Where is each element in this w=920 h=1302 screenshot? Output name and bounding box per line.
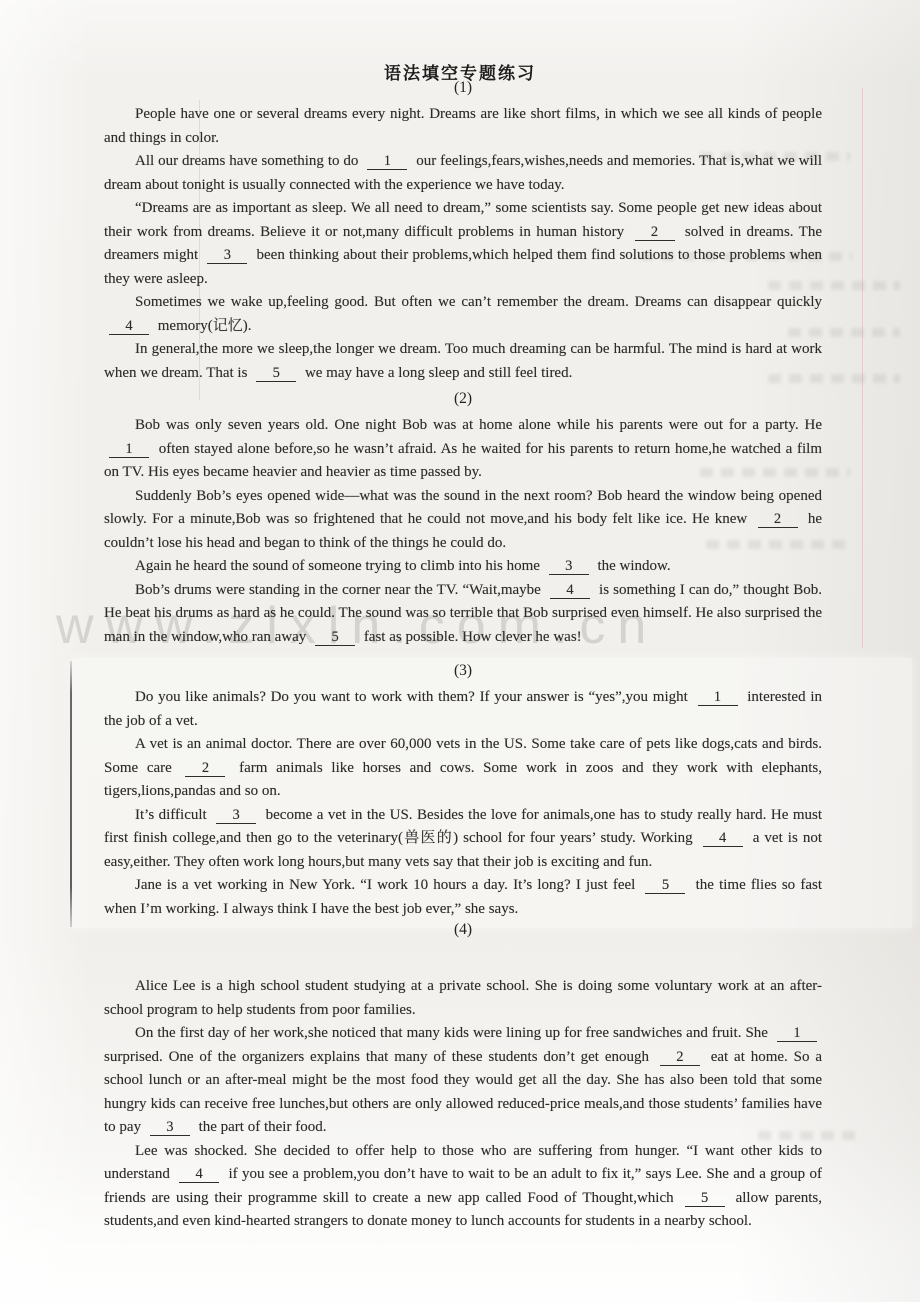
fill-blank: 2 (758, 511, 798, 528)
paragraph: In general,the more we sleep,the longer … (104, 338, 822, 385)
fill-blank: 2 (185, 760, 225, 777)
margin-line-right (862, 88, 863, 648)
fill-blank: 5 (645, 877, 685, 894)
worksheet-page: www.zlxln.com.cn 语法填空专题练习 (1) People hav… (0, 0, 920, 1302)
section-marker: (3) (104, 662, 822, 680)
fill-blank: 3 (150, 1119, 190, 1136)
section-marker: (2) (104, 390, 822, 408)
section-marker: (4) (104, 921, 822, 939)
paragraph: Do you like animals? Do you want to work… (104, 686, 822, 733)
fill-blank: 4 (703, 830, 743, 847)
exercise-section-2: (2) Bob was only seven years old. One ni… (104, 390, 822, 649)
fill-blank: 4 (179, 1166, 219, 1183)
exercise-section-1: (1) People have one or several dreams ev… (104, 79, 822, 385)
exercise-section-4: (4) Alice Lee is a high school student s… (104, 921, 822, 1234)
fill-blank: 5 (315, 629, 355, 646)
paragraph: On the first day of her work,she noticed… (104, 1022, 822, 1140)
paragraph: Bob’s drums were standing in the corner … (104, 579, 822, 650)
page-title: 语法填空专题练习 (0, 59, 920, 84)
fill-blank: 5 (685, 1190, 725, 1207)
paragraph: “Dreams are as important as sleep. We al… (104, 197, 822, 291)
fill-blank: 3 (549, 558, 589, 575)
fill-blank: 3 (207, 247, 247, 264)
paragraph: Bob was only seven years old. One night … (104, 414, 822, 485)
fill-blank: 4 (550, 582, 590, 599)
exercise-section-3: (3) Do you like animals? Do you want to … (104, 662, 822, 921)
fill-blank: 1 (698, 689, 738, 706)
fill-blank: 4 (109, 318, 149, 335)
paragraph: People have one or several dreams every … (104, 103, 822, 150)
fill-blank: 1 (109, 441, 149, 458)
fill-blank: 3 (216, 807, 256, 824)
paragraph: It’s difficult 3 become a vet in the US.… (104, 804, 822, 875)
fill-blank: 2 (635, 224, 675, 241)
fill-blank: 1 (367, 153, 407, 170)
paragraph: Jane is a vet working in New York. “I wo… (104, 874, 822, 921)
fill-blank: 2 (660, 1049, 700, 1066)
fill-blank: 1 (777, 1025, 817, 1042)
fill-blank: 5 (256, 365, 296, 382)
paragraph: A vet is an animal doctor. There are ove… (104, 733, 822, 804)
paragraph: Lee was shocked. She decided to offer he… (104, 1140, 822, 1234)
paragraph: Sometimes we wake up,feeling good. But o… (104, 291, 822, 338)
paragraph: Again he heard the sound of someone tryi… (104, 555, 822, 579)
paragraph: All our dreams have something to do 1 ou… (104, 150, 822, 197)
page-edge-line (70, 661, 72, 927)
paragraph: Suddenly Bob’s eyes opened wide—what was… (104, 485, 822, 556)
paragraph: Alice Lee is a high school student study… (104, 975, 822, 1022)
